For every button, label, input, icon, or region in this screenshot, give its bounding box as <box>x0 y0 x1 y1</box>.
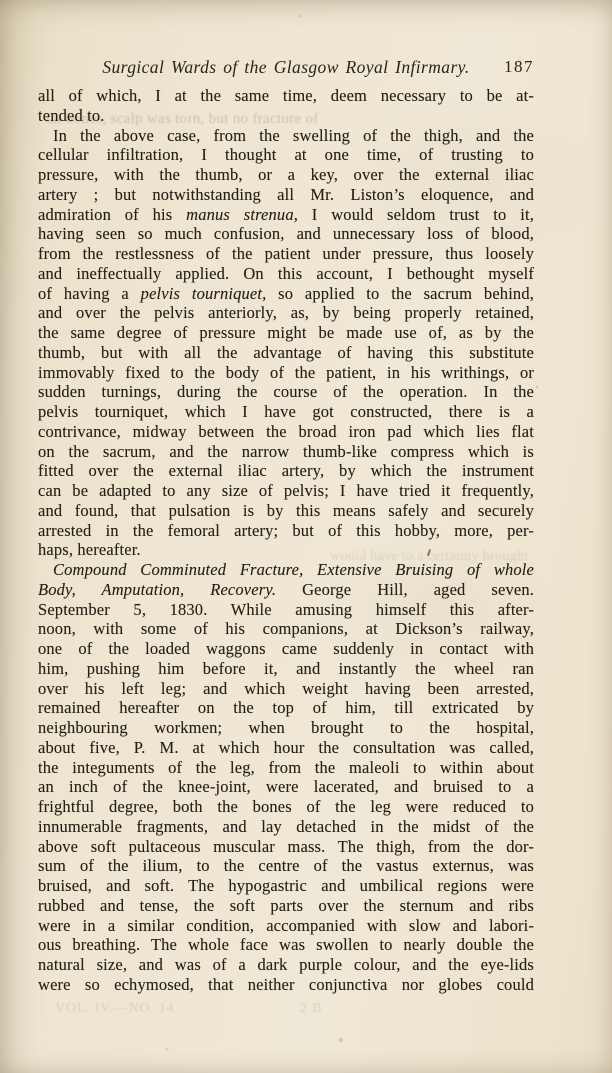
text-line: In the above case, from the swelling of … <box>38 126 534 146</box>
text-line: cellular infiltration, I thought at one … <box>38 145 534 165</box>
text-line: of having a pelvis tourniquet, so applie… <box>38 284 534 304</box>
text-line: an inch of the knee-joint, were lacerate… <box>38 777 534 797</box>
text-line: admiration of his manus strenua, I would… <box>38 205 534 225</box>
text-segment: arrested in the femoral artery; but of t… <box>38 521 534 540</box>
text-line: immovably fixed to the body of the patie… <box>38 363 534 383</box>
text-segment: from the restlessness of the patient und… <box>38 244 534 263</box>
text-segment: of having a <box>38 284 141 303</box>
text-line: pelvis tourniquet, which I have got cons… <box>38 402 534 422</box>
text-line: the same degree of pressure might be mad… <box>38 323 534 343</box>
text-segment: all of which, I at the same time, deem n… <box>38 86 534 105</box>
text-line: him, pushing him before it, and instantl… <box>38 659 534 679</box>
paragraph: In the above case, from the swelling of … <box>38 126 534 561</box>
text-line: from the restlessness of the patient und… <box>38 244 534 264</box>
text-segment: September 5, 1830. While amusing himself… <box>38 600 534 619</box>
text-segment: frightful degree, both the bones of the … <box>38 797 534 816</box>
text-line: September 5, 1830. While amusing himself… <box>38 600 534 620</box>
text-segment: pressure, with the thumb, or a key, over… <box>38 165 534 184</box>
text-line: noon, with some of his companions, at Di… <box>38 619 534 639</box>
text-segment: pelvis tourniquet, which I have got cons… <box>38 402 534 421</box>
text-line: one of the loaded waggons came suddenly … <box>38 639 534 659</box>
text-segment: rubbed and tense, the soft parts over th… <box>38 896 534 915</box>
text-line: pressure, with the thumb, or a key, over… <box>38 165 534 185</box>
text-segment: cellular infiltration, I thought at one … <box>38 145 534 164</box>
paragraph: Compound Comminuted Fracture, Extensive … <box>38 560 534 995</box>
text-line: remained hereafter on the top of him, ti… <box>38 698 534 718</box>
text-segment: having seen so much confusion, and unnec… <box>38 224 534 243</box>
italic-text-segment: pelvis tourniquet, <box>141 284 267 303</box>
text-segment: about five, P. M. at which hour the cons… <box>38 738 534 757</box>
text-line: all of which, I at the same time, deem n… <box>38 86 534 106</box>
text-segment: and found, that pulsation is by this mea… <box>38 501 534 520</box>
text-line: having seen so much confusion, and unnec… <box>38 224 534 244</box>
text-segment: sudden turnings, during the course of th… <box>38 382 534 401</box>
text-line: sum of the ilium, to the centre of the v… <box>38 856 534 876</box>
text-line: the integuments of the leg, from the mal… <box>38 758 534 778</box>
bleed-through-signature-mark: 2 B <box>300 1001 322 1017</box>
text-segment: above soft pultaceous muscular mass. The… <box>38 837 534 856</box>
text-segment: admiration of his <box>38 205 186 224</box>
text-line: fitted over the external iliac artery, b… <box>38 461 534 481</box>
text-line: innumerable fragments, and lay detached … <box>38 817 534 837</box>
italic-text-segment: Compound Comminuted Fracture, Extensive … <box>53 560 534 579</box>
text-segment: tended to. <box>38 106 105 125</box>
italic-text-segment: manus strenua <box>186 205 294 224</box>
text-line: were so echymosed, that neither conjunct… <box>38 975 534 995</box>
text-segment: over his left leg; and which weight havi… <box>38 679 534 698</box>
text-segment: haps, hereafter. <box>38 540 141 559</box>
text-column: all of which, I at the same time, deem n… <box>38 86 534 995</box>
text-line: above soft pultaceous muscular mass. The… <box>38 837 534 857</box>
text-segment: George Hill, aged seven. <box>276 580 534 599</box>
text-segment: on the sacrum, and the narrow thumb-like… <box>38 442 534 461</box>
text-line: ous breathing. The whole face was swolle… <box>38 935 534 955</box>
text-segment: the same degree of pressure might be mad… <box>38 323 534 342</box>
running-head-title: Surgical Wards of the Glasgow Royal Infi… <box>102 57 469 77</box>
text-line: frightful degree, both the bones of the … <box>38 797 534 817</box>
text-line: neighbouring workmen; when brought to th… <box>38 718 534 738</box>
text-segment: were so echymosed, that neither conjunct… <box>38 975 534 994</box>
text-line: on the sacrum, and the narrow thumb-like… <box>38 442 534 462</box>
text-segment: can be adapted to any size of pelvis; I … <box>38 481 534 500</box>
text-segment: artery ; but notwithstanding all Mr. Lis… <box>38 185 534 204</box>
text-line: and over the pelvis anteriorly, as, by b… <box>38 303 534 323</box>
text-segment: neighbouring workmen; when brought to th… <box>38 718 534 737</box>
text-line: contrivance, midway between the broad ir… <box>38 422 534 442</box>
text-segment: an inch of the knee-joint, were lacerate… <box>38 777 534 796</box>
text-line: thumb, but with all the advantage of hav… <box>38 343 534 363</box>
text-line: over his left leg; and which weight havi… <box>38 679 534 699</box>
text-segment: so applied to the sacrum behind, <box>266 284 534 303</box>
text-segment: remained hereafter on the top of him, ti… <box>38 698 534 717</box>
text-line: Compound Comminuted Fracture, Extensive … <box>38 560 534 580</box>
text-segment: In the above case, from the swelling of … <box>53 126 534 145</box>
page-number: 187 <box>504 57 534 77</box>
text-line: natural size, and was of a dark purple c… <box>38 955 534 975</box>
text-line: arrested in the femoral artery; but of t… <box>38 521 534 541</box>
text-segment: the integuments of the leg, from the mal… <box>38 758 534 777</box>
text-line: and found, that pulsation is by this mea… <box>38 501 534 521</box>
text-segment: were in a similar condition, accompanied… <box>38 916 534 935</box>
scanned-book-page: Surgical Wards of the Glasgow Royal Infi… <box>0 0 612 1073</box>
text-segment: , I would seldom trust to it, <box>294 205 534 224</box>
text-segment: him, pushing him before it, and instantl… <box>38 659 534 678</box>
text-line: can be adapted to any size of pelvis; I … <box>38 481 534 501</box>
text-line: artery ; but notwithstanding all Mr. Lis… <box>38 185 534 205</box>
text-segment: immovably fixed to the body of the patie… <box>38 363 534 382</box>
text-segment: noon, with some of his companions, at Di… <box>38 619 534 638</box>
text-line: were in a similar condition, accompanied… <box>38 916 534 936</box>
italic-text-segment: Body, Amputation, Recovery. <box>38 580 276 599</box>
text-line: haps, hereafter. <box>38 540 534 560</box>
text-line: rubbed and tense, the soft parts over th… <box>38 896 534 916</box>
text-line: and ineffectually applied. On this accou… <box>38 264 534 284</box>
text-segment: ous breathing. The whole face was swolle… <box>38 935 534 954</box>
text-segment: sum of the ilium, to the centre of the v… <box>38 856 534 875</box>
text-line: sudden turnings, during the course of th… <box>38 382 534 402</box>
text-line: Body, Amputation, Recovery. George Hill,… <box>38 580 534 600</box>
text-line: about five, P. M. at which hour the cons… <box>38 738 534 758</box>
text-segment: and ineffectually applied. On this accou… <box>38 264 534 283</box>
text-segment: and over the pelvis anteriorly, as, by b… <box>38 303 534 322</box>
bleed-through-volume-footer: VOL. IV.—NO. 14. <box>55 1001 179 1017</box>
text-segment: natural size, and was of a dark purple c… <box>38 955 534 974</box>
running-header: Surgical Wards of the Glasgow Royal Infi… <box>38 57 534 78</box>
text-line: bruised, and soft. The hypogastric and u… <box>38 876 534 896</box>
text-segment: bruised, and soft. The hypogastric and u… <box>38 876 534 895</box>
text-segment: thumb, but with all the advantage of hav… <box>38 343 534 362</box>
text-segment: one of the loaded waggons came suddenly … <box>38 639 534 658</box>
text-line: tended to. <box>38 106 534 126</box>
paragraph: all of which, I at the same time, deem n… <box>38 86 534 126</box>
text-segment: fitted over the external iliac artery, b… <box>38 461 534 480</box>
text-segment: contrivance, midway between the broad ir… <box>38 422 534 441</box>
text-segment: innumerable fragments, and lay detached … <box>38 817 534 836</box>
